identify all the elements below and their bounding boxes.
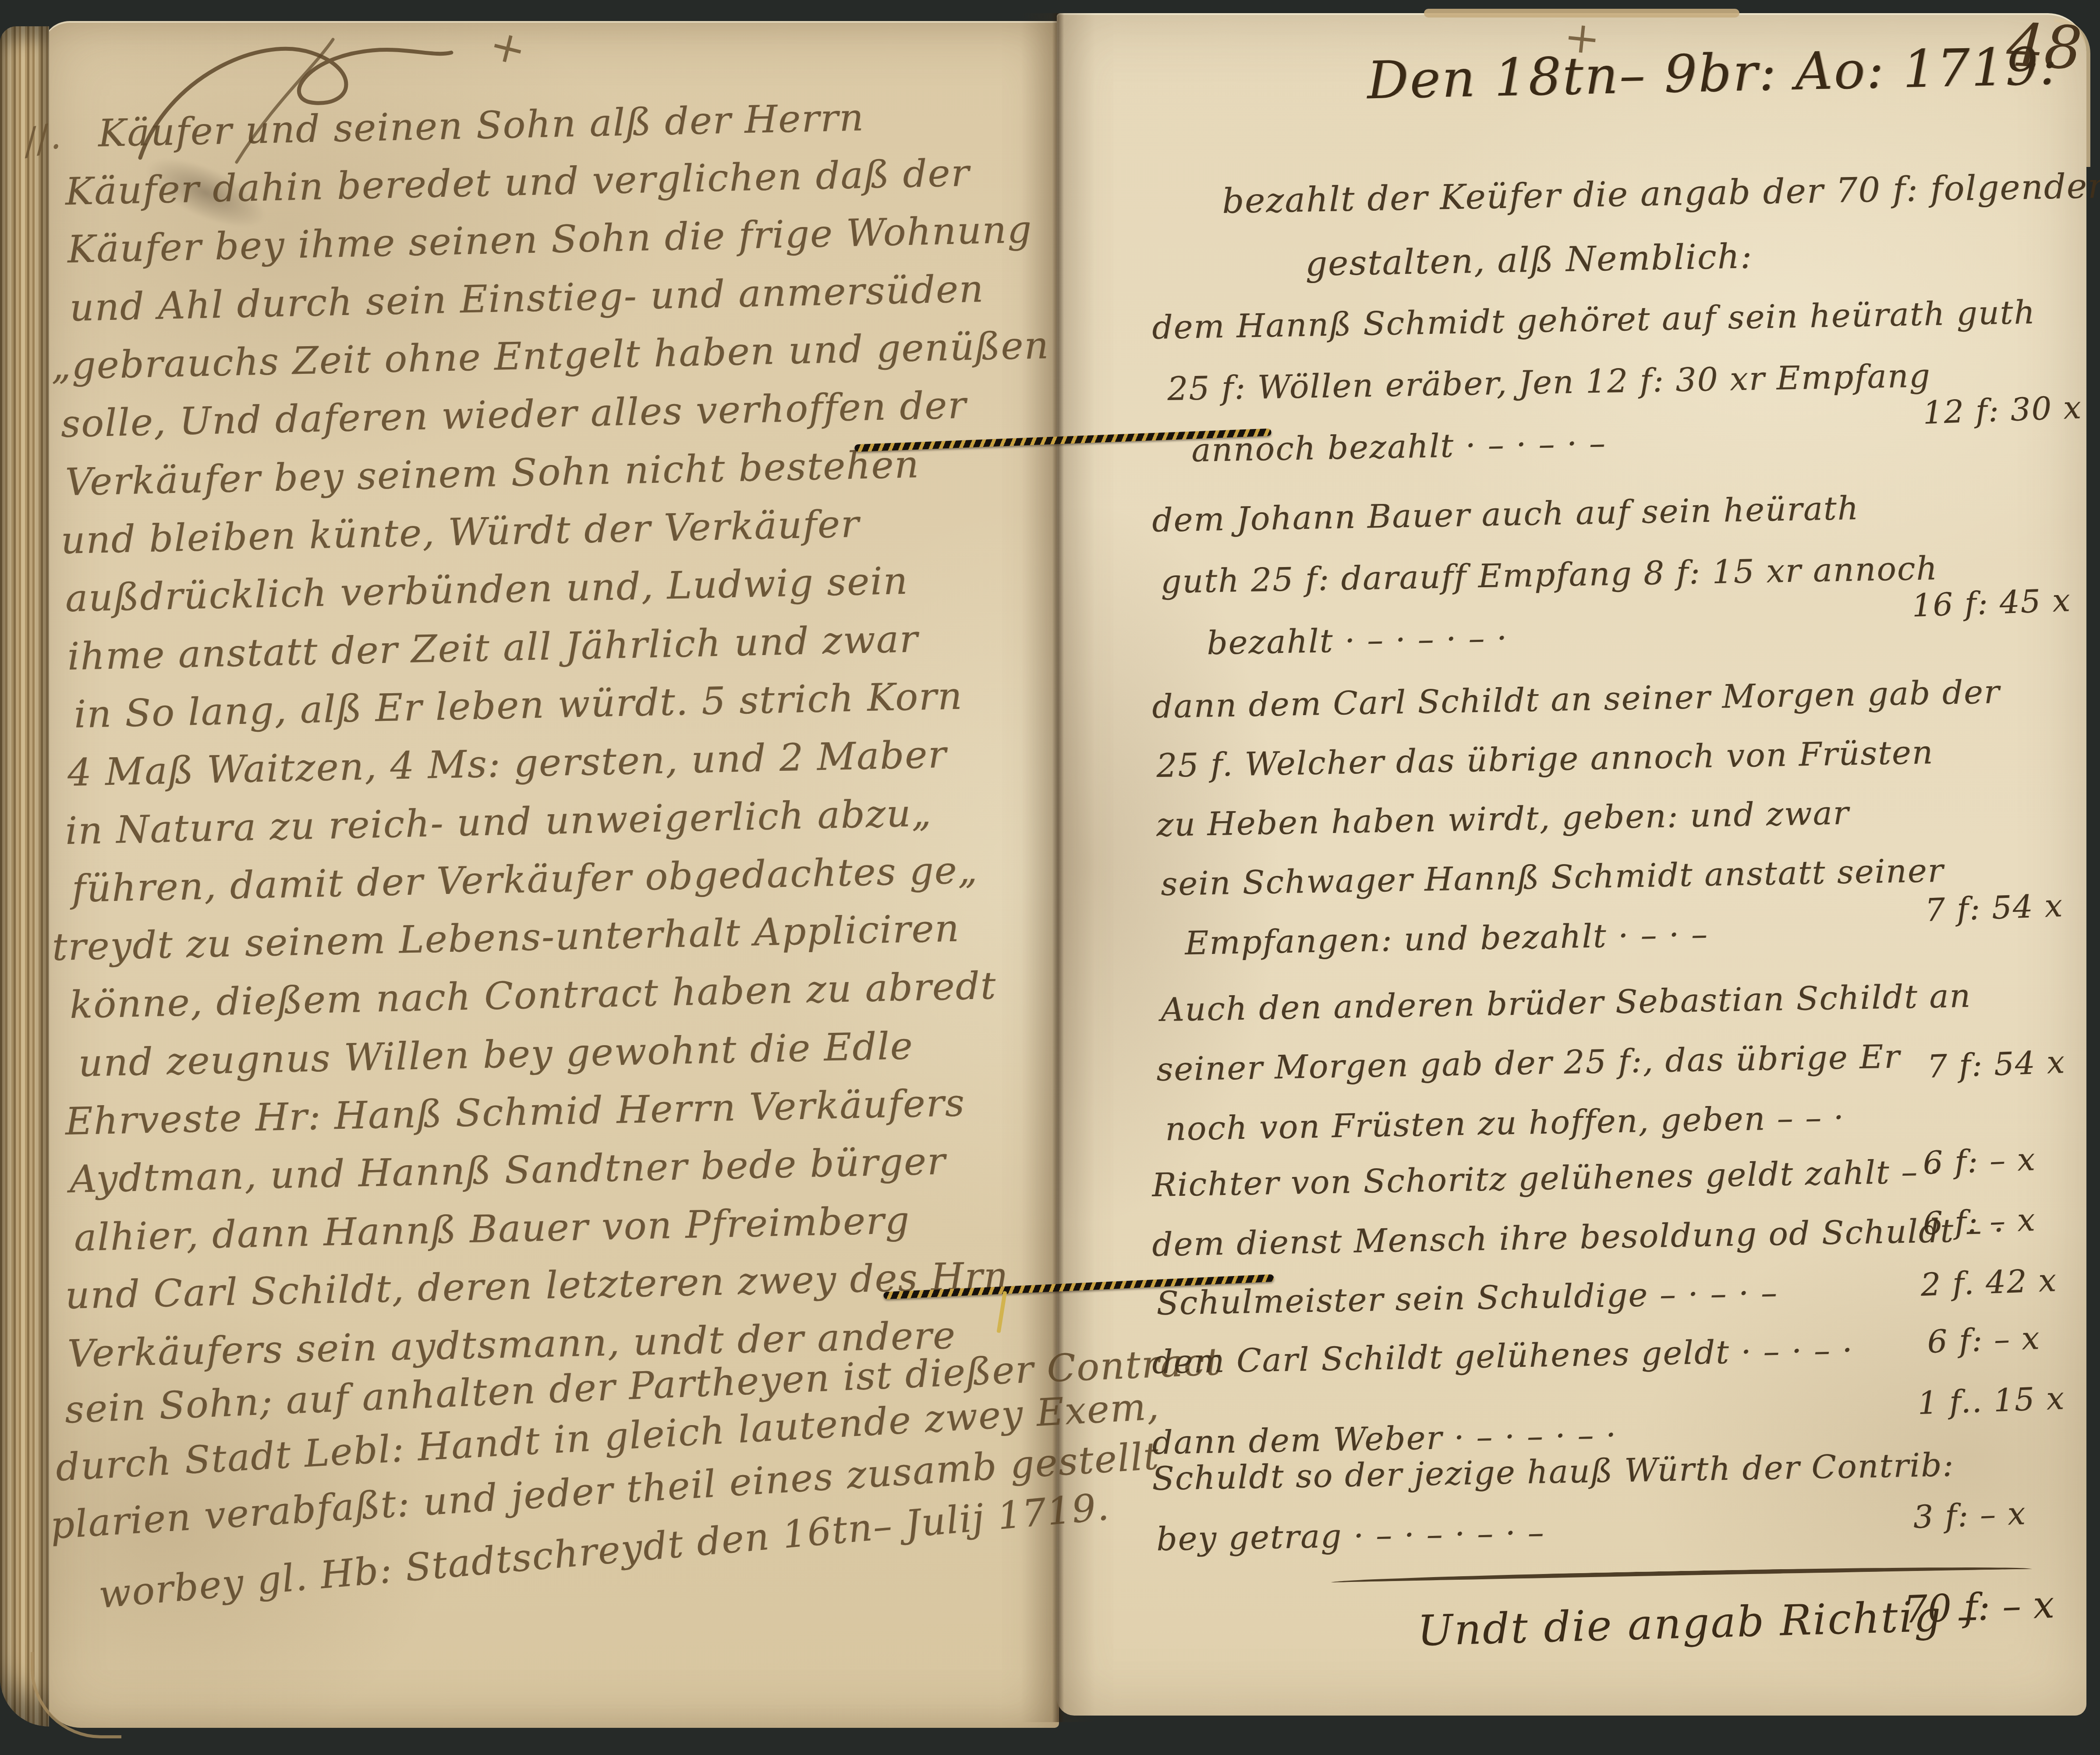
manuscript-line: 7 f: 54 x [1924, 887, 2064, 929]
total-amount: 70 f: – x [1903, 1583, 2055, 1632]
manuscript-line: 6 f: – x [1922, 1201, 2036, 1242]
manuscript-line: 7 f: 54 x [1926, 1043, 2066, 1085]
book-fore-edge [0, 26, 49, 1727]
manuscript-line: gestalten, alß Nemblich: [1305, 237, 1753, 284]
manuscript-line: bezahlt · – · – · – · [1206, 619, 1508, 662]
manuscript-line: 16 f: 45 x [1911, 581, 2072, 624]
manuscript-line: 1 f.. 15 x [1917, 1379, 2065, 1422]
manuscript-line: bey getrag · – · – · – · – [1156, 1514, 1545, 1558]
manuscript-line: 6 f: – x [1926, 1319, 2041, 1360]
manuscript-line: 2 f. 42 x [1920, 1262, 2058, 1303]
manuscript-line: 6 f: – x [1922, 1141, 2036, 1181]
manuscript-photo: { "document": { "page_number": "48", "co… [0, 0, 2100, 1755]
manuscript-line: 3 f: – x [1912, 1495, 2027, 1535]
manuscript-line: 12 f: 30 x [1922, 389, 2082, 431]
